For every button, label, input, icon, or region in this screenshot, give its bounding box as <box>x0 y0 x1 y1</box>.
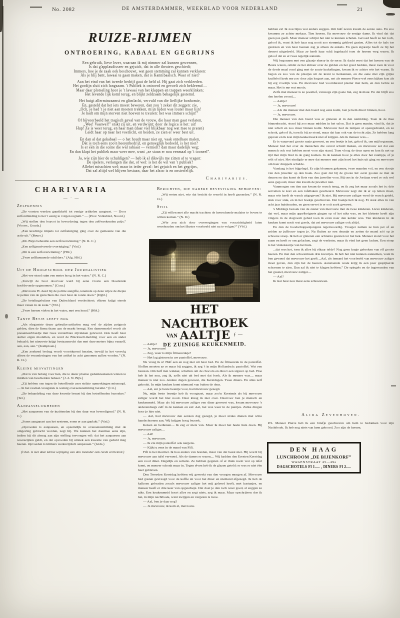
rubric-heading: Aanpasselijkheden <box>17 404 126 409</box>
paragraph: ...dat was het, toen ik alles bij elkaar… <box>268 248 394 275</box>
paragraph: En dan de boodschappenjongens tegenwoord… <box>268 225 394 248</box>
paragraph: Ik laat haar nou maar eens schreeuwen. <box>268 279 394 284</box>
rubrics-column: Berichten, die nadere bevestiging behoev… <box>157 183 262 239</box>
clipping-item: „Mr. Buys behaalde een zelfoverwinning.”… <box>17 239 126 243</box>
ad-name: LUNCHROOM „DE BIJENKORF” <box>271 455 358 460</box>
section-divider-rule <box>15 180 191 181</box>
scan-artifact-speck <box>5 314 8 319</box>
ad-address: WAGENSTRAAT 45—49a <box>271 460 358 464</box>
paragraph: Nu vraag ik u! Half een en nog niet uit … <box>138 360 262 387</box>
clipping-item: „Als elegantste dezer gebruiks-artikelen… <box>17 322 126 348</box>
nachtboek-illustration <box>149 239 260 302</box>
poem-stanza: Of bijvoorbeeld het tragisch geval van d… <box>14 118 266 135</box>
clipping-item: „De betalingsbalans van Duitschland vers… <box>17 299 126 308</box>
clipping-item: „Mevrouw H. deed bij de politie aangifte… <box>17 289 126 298</box>
clipping-item: „Het aanpassen van de inzittenden bij de… <box>17 410 126 419</box>
poem-stanzas: Een gebruik, lieve lezer, waaraan ik mij… <box>14 61 266 173</box>
poem-line: Het levende lijk komt terug, en blijkt z… <box>14 93 266 97</box>
scan-artifact-edge-line <box>2 6 4 171</box>
clipping-item: „Het vee stond ruim een meter hoog in he… <box>17 273 126 277</box>
poem-stanza: Ja, wie zijn hier de schuldigen? — heb i… <box>14 156 266 173</box>
nachtboek-title-line1: HET NACHTBOEK <box>148 302 261 331</box>
clipping-item: „Twee heeren vielen in het water, met ee… <box>17 309 126 313</box>
clipping-item: „De behandeling van deze kwestie berust … <box>17 391 126 400</box>
poem-title: RUIZE-RIJMEN <box>14 30 266 46</box>
paragraph: hebben ze! Ik zou bijna wat anders zegge… <box>268 27 394 59</box>
header-page-number: 21 <box>357 7 363 13</box>
paragraph: Fifi is het mormel. Ik hou anders van ho… <box>138 450 262 473</box>
rubric-heading: Tante Betje leeft nog <box>17 316 126 321</box>
poem-stanza: Aan het eind van het tweede bedrijf gaat… <box>14 80 266 97</box>
paragraph: 's Middags bezoek van de zuster van mevr… <box>268 207 394 225</box>
scan-artifact-corner <box>383 0 400 8</box>
rubric-rule <box>56 263 88 264</box>
feuilleton-postscript: P.S. Meneer Pierre heb ik een briefje ge… <box>268 421 394 430</box>
paragraph: Zelfs met meneer is ze poeslief, vanwege… <box>268 90 394 99</box>
poem-stanza: Een gebruik, lieve lezer, waaraan ik mij… <box>14 61 266 78</box>
paragraph: Koken en bedienen.... Ik zeg er niets va… <box>138 423 262 432</box>
charivaria-footnote: (Chal. is met deze kleine wijziging van … <box>17 450 126 454</box>
poem-stanza: En dan al dat gekabaal — o het houdt maa… <box>14 137 266 154</box>
paragraph: Nu, mijn beste beentje heb ik voorgezet,… <box>138 392 262 415</box>
scan-artifact-dash <box>391 385 396 387</box>
paragraph: Den Tweeden Kerstdag hebben wij gewerkt … <box>138 473 262 500</box>
rubric-heading: Stijl <box>157 205 262 210</box>
paragraph: Die meneer van den baard was er gisteren… <box>268 117 394 140</box>
ad-city: DEN HAAG <box>271 446 358 454</box>
nachtboek-story-column: — Aaltje!— Ja, mevrouw!— Zeg, waar is mi… <box>138 342 262 581</box>
charivaria-column: CHARIVARIA — · — Zelfkennis„De vorsten w… <box>17 182 126 502</box>
paragraph: Vanmorgen om tien uur kwam de wasch teru… <box>268 185 394 208</box>
scan-artifact-dash <box>337 4 347 6</box>
poem-subtitle: ONTROERING, KABAAL EN GEGRIJNS <box>14 49 266 57</box>
nachtboek-price-mark: ƒ — <box>234 332 243 337</box>
paragraph: Vandaag is het bijgelegd. Er zijn bloeme… <box>268 167 394 185</box>
paragraph: Er is vanavond groote ruzie geweest, en … <box>268 140 394 167</box>
clipping-item: „Dit is een zelfoverwinning.” (Hbl.) <box>17 250 126 254</box>
paragraph: — Aal, had mevrouw den eersten dag gezeg… <box>138 414 262 423</box>
poem-stanza: Het buigt allerminzaamst en glimlacht, v… <box>14 99 266 116</box>
clipping-item: „De vorsten werden geprikkeld tot eenige… <box>17 210 126 219</box>
lunchroom-ad: DEN HAAG LUNCHROOM „DE BIJENKORF” WAGENS… <box>267 442 361 474</box>
rubric-heading: Uit de Hoogeschool der Journalistiek <box>17 267 126 272</box>
newspaper-page: No. 2082 DE AMSTERDAMMER, WEEKBLAD VOOR … <box>0 0 400 618</box>
clipping-item: „Wij weten niet, wie dat bericht de were… <box>157 193 262 202</box>
nachtboek-van: VAN <box>166 333 177 339</box>
paragraph: Wij begonnen met een glaasje sherry in d… <box>268 59 394 91</box>
poem-block: RUIZE-RIJMEN ONTROERING, KABAAL EN GEGRI… <box>14 30 266 181</box>
clipping-item: „Een zoekend bedrag wordt voortdurend he… <box>17 349 126 362</box>
clipping-item: „Opvoeden is aanpassen, en opzettelijk i… <box>17 425 126 446</box>
clipping-item: „Soms aangepast aan het systeem, soms er… <box>17 419 126 423</box>
ad-prices: DAGSCHOTELS Fl 1.— , DINERS Fl 2.— <box>271 465 358 470</box>
header-issue-number: No. 2082 <box>52 7 75 13</box>
feuilleton-signature: Alida Zevenhoven. <box>268 412 394 417</box>
poem-line: Als je blij bent, lawaai te gaan maken, … <box>14 73 266 77</box>
poem-line: Je hadt om mijn sterven niet hoeven te t… <box>14 112 266 116</box>
poem-line: Dat zal altijd wel blijven bestaan, daar… <box>14 169 266 173</box>
clipping-item: „Terwijl de boot doorvoer werd bij eene … <box>17 279 126 288</box>
charivaria-title: CHARIVARIA <box>17 186 126 195</box>
charivaria-divider: — · — <box>17 196 126 201</box>
poem-line: En dan klapt het publiek maar weer mee, … <box>14 150 266 154</box>
paragraph: — Ja mevrouw, ik kom al, mevrouw. <box>138 504 262 509</box>
clipping-item: „Dat is van belang voor hen, die te deze… <box>17 372 126 381</box>
rubric-heading: Berichten, die nadere bevestiging behoev… <box>157 187 262 192</box>
clipping-item: „Een krachtige impuls tot zelfreiniging … <box>17 229 126 238</box>
clipping-item: „Twee zelfkennende schilders.” (Alg. Hbl… <box>17 256 126 260</box>
clipping-item: „Zij willen met alle macht trachten de h… <box>157 211 262 220</box>
clipping-item: „Een zelfgearriveerde overtuiging.” (Vad… <box>17 245 126 249</box>
rubric-heading: Zelfkennis <box>17 204 126 209</box>
scan-artifact-mark <box>386 13 395 16</box>
rubric-heading: Kleine misvattingen <box>17 366 126 371</box>
header-masthead: DE AMSTERDAMMER, WEEKBLAD VOOR NEDERLAND <box>75 6 325 12</box>
clipping-item: „Wie zou zich door overwegingen van voor… <box>157 220 262 229</box>
clipping-item: „Wij stellen den boycot in bevordering t… <box>17 219 126 228</box>
scan-artifact-dash <box>30 7 42 9</box>
illustration-hatching <box>151 241 259 301</box>
clipping-item: „Zij hebben ons tegen de betreffende zee… <box>17 382 126 391</box>
poem-line: Leidt haar op naar het voetlicht, en bei… <box>14 131 266 135</box>
charivaria-sections: Zelfkennis„De vorsten werden geprikkeld … <box>17 204 126 447</box>
feuilleton-column: hebben ze! Ik zou bijna wat anders zegge… <box>268 27 394 410</box>
